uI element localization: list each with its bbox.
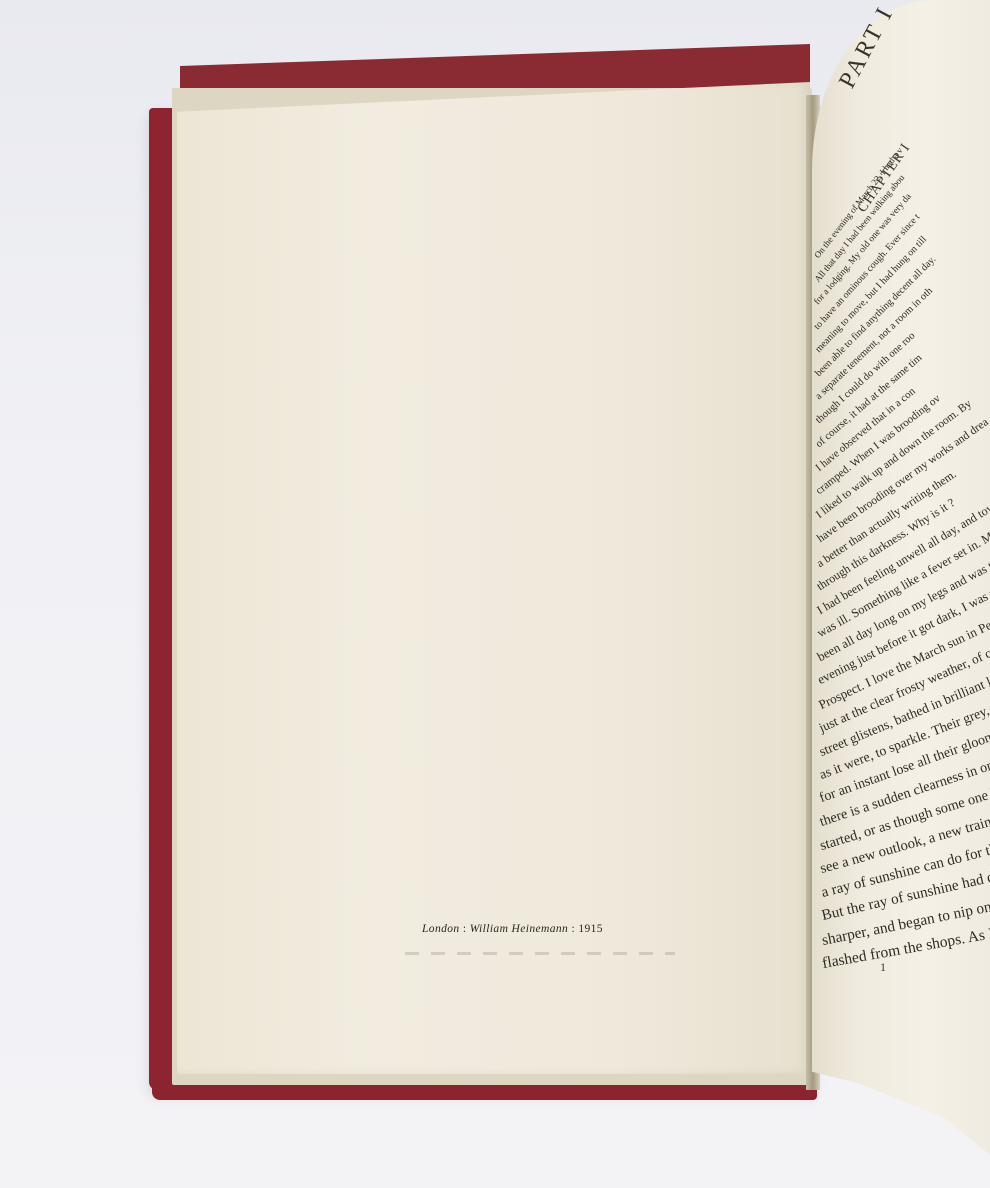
imprint-separator: : (460, 923, 470, 935)
show-through-text (405, 952, 675, 955)
imprint-line: London : William Heinemann : 1915 (422, 923, 603, 935)
page-number: 1 (880, 960, 886, 975)
imprint-place: London (422, 923, 460, 935)
imprint-publisher: William Heinemann (470, 923, 568, 935)
book-photo: London : William Heinemann : 1915 On the… (0, 0, 990, 1188)
imprint-separator: : (568, 923, 578, 935)
imprint-year: 1915 (578, 923, 603, 935)
